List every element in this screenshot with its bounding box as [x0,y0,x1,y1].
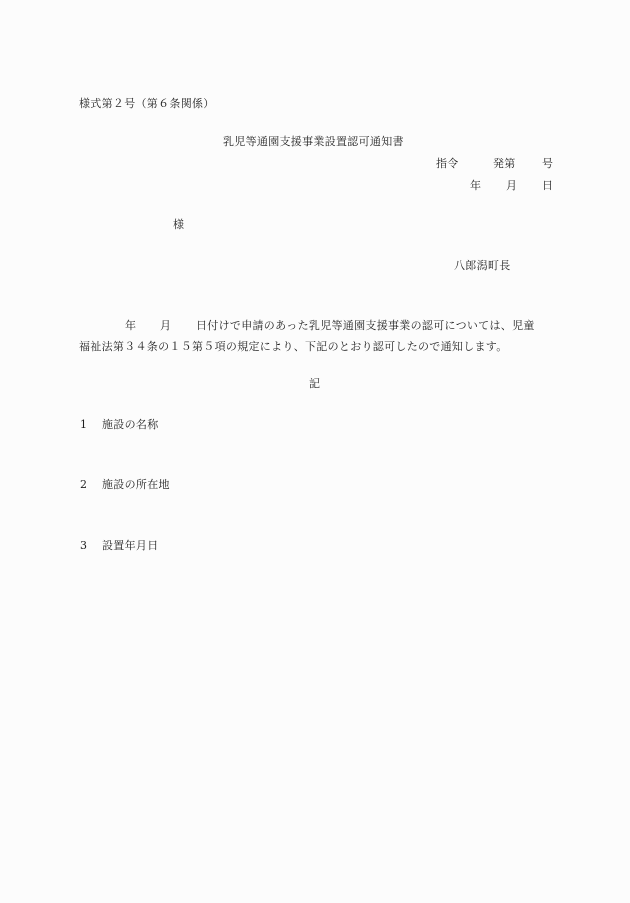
date-day: 日 [542,180,553,191]
body-line-1-text: 日付けで申請のあった乳児等通園支援事業の認可については、児童 [196,320,535,331]
date-year: 年 [470,180,481,191]
body-date-month: 月 [160,320,171,331]
date-month: 月 [506,180,517,191]
body-date-year: 年 [125,320,136,331]
item-number: 2 [80,479,87,490]
item-number: 3 [80,540,87,551]
ki-heading: 記 [309,378,320,389]
reference-prefix: 指令 [436,158,459,169]
body-line-2: 福祉法第３４条の１５第５項の規定により、下記のとおり認可したので通知します。 [79,341,508,352]
reference-middle: 発第 [493,158,516,169]
item-facility-address: 2 施設の所在地 [80,479,95,523]
item-label: 施設の所在地 [102,479,170,490]
item-number: 1 [80,419,87,430]
reference-suffix: 号 [542,158,553,169]
sender-name: 八郎潟町長 [454,260,511,271]
form-number: 様式第２号（第６条関係） [79,98,215,109]
document-title: 乳児等通園支援事業設置認可通知書 [223,136,404,147]
item-label: 施設の名称 [102,419,159,430]
item-label: 設置年月日 [102,540,159,551]
issue-date-line: 年 月 日 [436,180,552,235]
document-page: 様式第２号（第６条関係） 乳児等通園支援事業設置認可通知書 指令 発第 号 年 … [0,0,630,903]
addressee-honorific: 様 [173,219,184,230]
item-facility-name: 1 施設の名称 [80,419,95,463]
item-establishment-date: 3 設置年月日 [80,540,95,584]
